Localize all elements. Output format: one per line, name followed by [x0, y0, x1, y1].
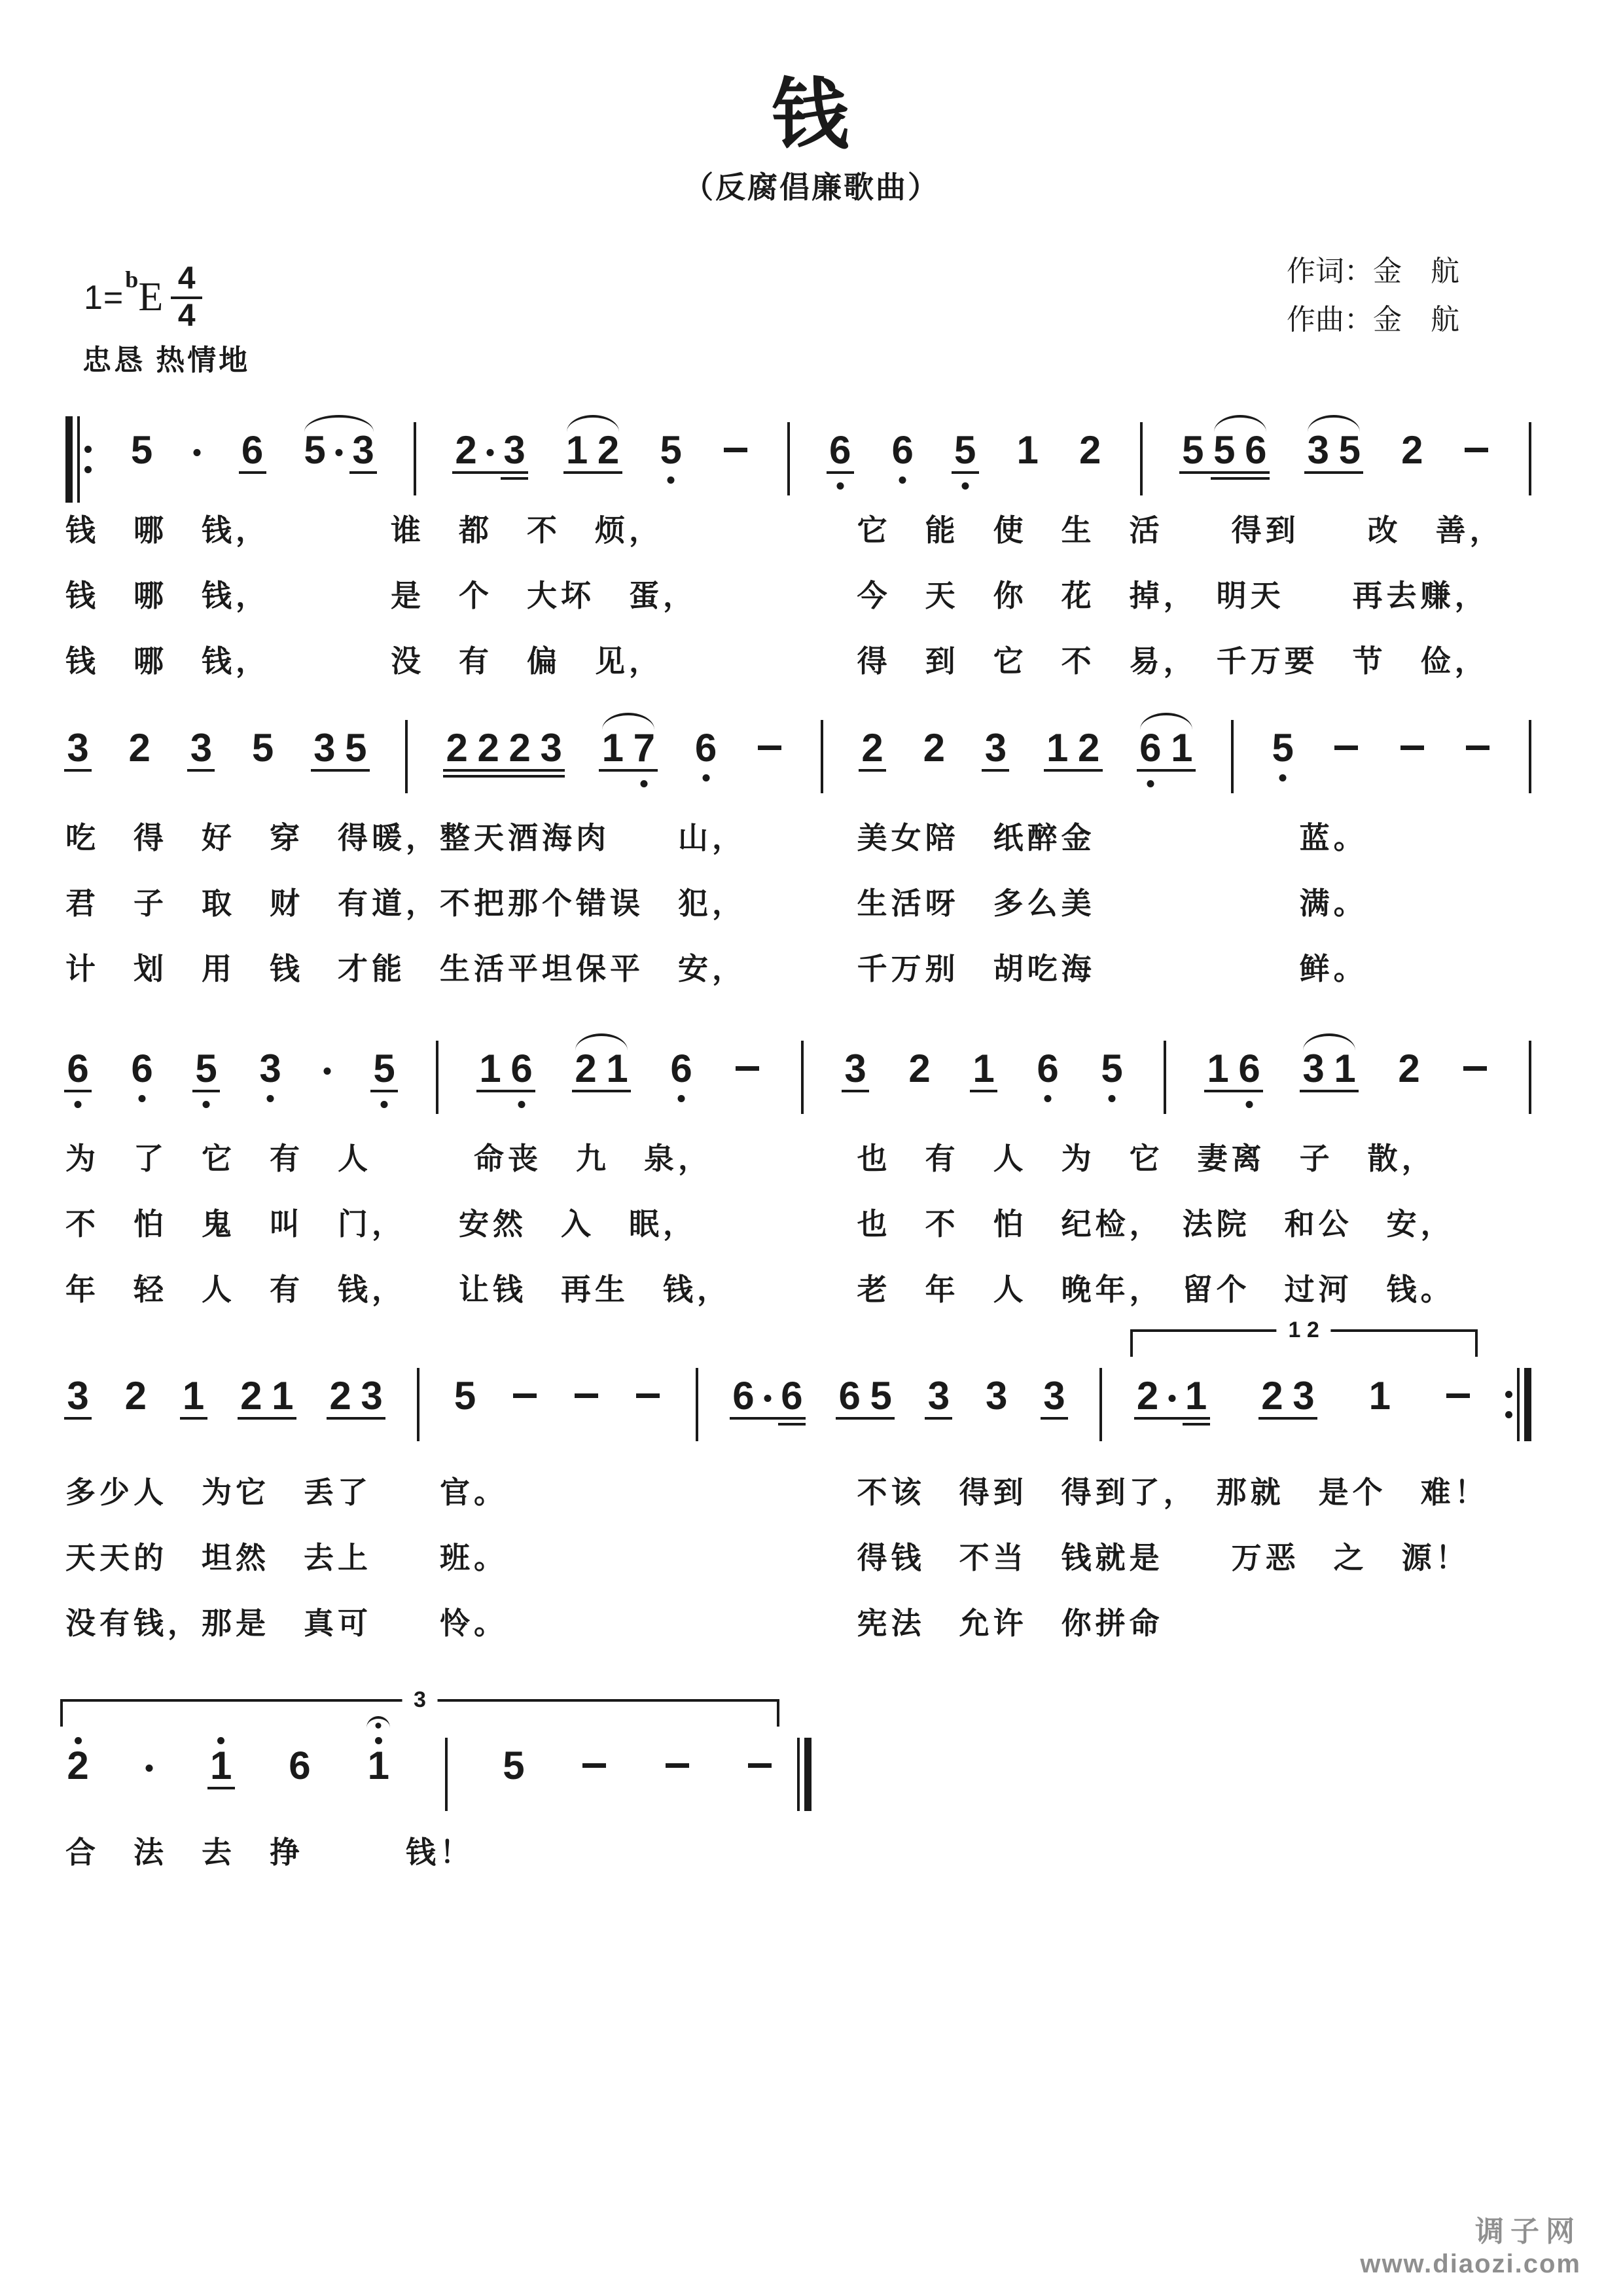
barline: [417, 1368, 419, 1441]
beam-underline: [1044, 769, 1103, 772]
jianpu-line-4: 321212356665333212311 2: [65, 1365, 1531, 1451]
beam-underline: [1258, 1417, 1317, 1420]
note-digit: 1: [1334, 1049, 1355, 1088]
barline: [414, 422, 416, 495]
note-group: 23: [454, 419, 527, 499]
beam-underline: [1211, 477, 1270, 480]
eighth-underline: [952, 471, 979, 474]
lyrics-right: 美女陪 纸醉金 蓝。: [857, 818, 1531, 857]
low-octave-dot: [518, 1101, 526, 1108]
note-digit: 2: [455, 431, 476, 470]
note: 2: [65, 1734, 90, 1814]
lyrics-left: 吃 得 好 穿 得暖，整天酒海肉 山，: [65, 818, 857, 857]
note-group: 21: [239, 1365, 295, 1444]
note: 2: [127, 717, 152, 797]
eighth-underline: [370, 1090, 398, 1092]
note: 1: [366, 1734, 391, 1814]
note: 2: [1400, 419, 1425, 499]
lyrics-left: 君 子 取 财 有道，不把那个错误 犯，: [65, 884, 857, 923]
note-digit: 1: [183, 1376, 204, 1416]
note: 2: [328, 1365, 353, 1444]
note-digit: 1: [210, 1746, 232, 1785]
note-group: 16: [1205, 1037, 1262, 1117]
note-digit: 1: [566, 431, 588, 470]
dot-separator: [1167, 1365, 1177, 1444]
low-octave-dot: [961, 482, 969, 490]
note: 1: [270, 1365, 295, 1444]
lyrics-row-4-3: 没有钱，那是 真可 怜。宪法 允许 你拼命: [65, 1604, 1531, 1643]
note-group: 21: [1135, 1365, 1209, 1444]
beam-underline: [730, 1417, 806, 1420]
dot-separator: [322, 1037, 332, 1117]
note: 2: [1397, 1037, 1421, 1117]
beam-underline: [476, 1090, 535, 1092]
lyrics-row-4-2: 天天的 坦然 去上 班。得钱 不当 钱就是 万恶 之 源！: [65, 1538, 1531, 1577]
note-group: 31: [1301, 1037, 1357, 1117]
beam-underline: [1134, 1417, 1210, 1420]
note: 1: [209, 1734, 234, 1814]
note-digit: 6: [510, 1049, 532, 1088]
volta-label: 3: [402, 1687, 438, 1713]
note-digit: 1: [1207, 1049, 1228, 1088]
eighth-underline: [64, 1417, 92, 1420]
note: 6: [287, 1734, 312, 1814]
note-digit: 2: [908, 1049, 930, 1088]
note: 5: [868, 1365, 893, 1444]
time-numerator: 4: [178, 263, 196, 295]
dash-note: [755, 717, 784, 797]
note: 6: [890, 419, 915, 499]
eighth-underline: [859, 769, 886, 772]
note: 5: [1270, 717, 1295, 797]
dash-note: [1332, 717, 1361, 797]
note: 5: [130, 419, 154, 499]
eighth-underline: [349, 471, 377, 474]
beam-underline: [311, 769, 370, 772]
note: 2: [907, 1037, 932, 1117]
eighth-underline: [1183, 1423, 1210, 1426]
dash-note: [580, 1734, 609, 1814]
note-digit: 2: [67, 1746, 88, 1785]
note: 2: [1077, 717, 1101, 797]
eighth-underline: [925, 1417, 952, 1420]
slur-arc: [1214, 415, 1266, 432]
note: 3: [984, 1365, 1009, 1444]
note-group: 23: [1260, 1365, 1316, 1444]
note-group: 23: [328, 1365, 384, 1444]
eighth-underline: [192, 1090, 220, 1092]
note-digit: 6: [892, 431, 914, 470]
key-prefix: 1=: [84, 278, 124, 317]
low-octave-dot: [1147, 780, 1154, 787]
low-octave-dot: [836, 482, 844, 490]
lyrics-right: 生活呀 多么美 满。: [857, 884, 1531, 923]
lyrics-row-4-1: 多少人 为它 丢了 官。不该 得到 得到了， 那就 是个 难！: [65, 1473, 1531, 1512]
lyrics-right: 老 年 人 晚年， 留个 过河 钱。: [857, 1270, 1531, 1309]
note-digit: 5: [195, 1049, 217, 1088]
song-subtitle: （反腐倡廉歌曲）: [0, 164, 1623, 207]
note-digit: 5: [1182, 431, 1204, 470]
note: 1: [1205, 1037, 1230, 1117]
beam-underline: [1179, 471, 1270, 474]
note: 3: [312, 717, 337, 797]
note: 3: [983, 717, 1008, 797]
eighth-underline: [501, 477, 528, 480]
note: 3: [258, 1037, 283, 1117]
note-digit: 6: [67, 1049, 88, 1088]
note: 6: [669, 1037, 694, 1117]
note: 6: [130, 1037, 154, 1117]
note: 5: [1099, 1037, 1124, 1117]
note-digit: 6: [1238, 1049, 1260, 1088]
final-barline: [797, 1738, 811, 1811]
note-digit: 3: [540, 728, 562, 768]
note: 3: [188, 717, 213, 797]
eighth-underline: [239, 471, 266, 474]
note: 3: [1291, 1365, 1316, 1444]
dot-separator: [762, 1365, 773, 1444]
dot-separator: [192, 419, 202, 499]
eighth-underline: [64, 769, 92, 772]
note: 6: [694, 717, 719, 797]
note-digit: 6: [781, 1376, 802, 1416]
barline: [1529, 422, 1531, 495]
key-signature: 1= b E 4 4: [84, 263, 202, 332]
note-group: 61: [1138, 717, 1194, 797]
note-digit: 3: [259, 1049, 281, 1088]
slur-arc: [304, 415, 374, 432]
volta-label: 1 2: [1276, 1318, 1330, 1343]
note-group: 212311 2: [1135, 1365, 1472, 1444]
lyrics-left: 年 轻 人 有 钱， 让钱 再生 钱，: [65, 1270, 857, 1309]
beam-underline: [599, 769, 658, 772]
lyrics-left: 钱 哪 钱， 谁 都 不 烦，: [65, 511, 857, 550]
repeat-dot: [84, 466, 92, 473]
barline: [1164, 1041, 1166, 1114]
note: 1: [1184, 1365, 1209, 1444]
note: 5: [1181, 419, 1205, 499]
note: 3: [843, 1037, 868, 1117]
note: 3: [1042, 1365, 1067, 1444]
note-digit: 2: [125, 1376, 147, 1416]
lyrics-right: 也 不 怕 纪检， 法院 和公 安，: [857, 1204, 1531, 1244]
barline: [1099, 1368, 1102, 1441]
note-group: 2223: [444, 717, 563, 797]
high-octave-dot: [217, 1737, 224, 1744]
beam-underline: [1300, 1090, 1359, 1092]
volta-bracket: 3: [60, 1699, 779, 1727]
low-octave-dot: [1109, 1095, 1116, 1102]
lyrics-right: [857, 1833, 1531, 1872]
note-digit: 7: [633, 728, 655, 768]
note-digit: 5: [1272, 728, 1294, 768]
note-digit: 1: [972, 1049, 994, 1088]
note: 2: [123, 1365, 148, 1444]
note: 5: [658, 419, 683, 499]
note-digit: 2: [1078, 728, 1099, 768]
beam-underline: [572, 1090, 631, 1092]
note-digit: 3: [361, 1376, 382, 1416]
lyrics-right: 宪法 允许 你拼命: [857, 1604, 1531, 1643]
eighth-underline: [187, 769, 215, 772]
note: 3: [539, 717, 563, 797]
eighth-underline: [778, 1423, 806, 1426]
note-group: 65: [837, 1365, 893, 1444]
eighth-underline: [207, 1787, 235, 1789]
note: 3: [926, 1365, 951, 1444]
note: 5: [344, 717, 368, 797]
note-digit: 2: [923, 728, 945, 768]
eighth-underline: [1041, 1417, 1068, 1420]
lyrics-left: 计 划 用 钱 才能 生活平坦保平 安，: [65, 949, 857, 988]
note: 5: [953, 419, 978, 499]
note: 2: [507, 717, 532, 797]
lyrics-row-3-2: 不 怕 鬼 叫 门， 安然 入 眠，也 不 怕 纪检， 法院 和公 安，: [65, 1204, 1531, 1244]
low-octave-dot: [641, 780, 648, 787]
dot-separator: [144, 1734, 154, 1814]
note: 3: [65, 717, 90, 797]
note: 6: [1035, 1037, 1060, 1117]
note: 2: [476, 717, 501, 797]
note-digit: 1: [1046, 728, 1068, 768]
low-octave-dot: [381, 1101, 388, 1108]
note-digit: 2: [861, 728, 883, 768]
note-digit: 3: [190, 728, 212, 768]
dash-note: [745, 1734, 774, 1814]
lyrics-right: 得 到 它 不 易， 千万要 节 俭，: [857, 641, 1531, 681]
note-digit: 3: [313, 728, 335, 768]
note: 2: [444, 717, 469, 797]
note-digit: 6: [241, 431, 263, 470]
note-digit: 6: [839, 1376, 861, 1416]
slur-arc: [1308, 415, 1360, 432]
low-octave-dot: [1279, 774, 1287, 781]
note: 2: [1078, 419, 1103, 499]
eighth-underline: [970, 1090, 997, 1092]
note-digit: 5: [345, 728, 366, 768]
low-octave-dot: [702, 774, 709, 781]
note-digit: 1: [1017, 431, 1039, 470]
note: 6: [828, 419, 853, 499]
eighth-underline: [982, 769, 1009, 772]
barline: [1529, 1041, 1531, 1114]
note-digit: 6: [1245, 431, 1266, 470]
note-digit: 2: [1398, 1049, 1419, 1088]
note-digit: 1: [606, 1049, 628, 1088]
repeat-dot: [84, 446, 92, 453]
beam-underline: [452, 471, 528, 474]
time-signature: 4 4: [171, 263, 202, 332]
note-digit: 6: [131, 1049, 152, 1088]
barline: [1231, 720, 1234, 793]
note-digit: 5: [252, 728, 274, 768]
note-group: 216153: [65, 1734, 774, 1814]
lyrics-right: 得钱 不当 钱就是 万恶 之 源！: [857, 1538, 1531, 1577]
note: 2: [239, 1365, 264, 1444]
watermark-site-url: www.diaozi.com: [1360, 2250, 1581, 2279]
lyrics-right: 千万别 胡吃海 鲜。: [857, 949, 1531, 988]
end-repeat-barline: [1505, 1368, 1531, 1441]
note-group: 556: [1181, 419, 1268, 499]
note-digit: 1: [1171, 728, 1192, 768]
lyrics-row-3-1: 为 了 它 有 人 命丧 九 泉，也 有 人 为 它 妻离 子 散，: [65, 1139, 1531, 1178]
note-digit: 3: [67, 728, 88, 768]
note-digit: 3: [503, 431, 525, 470]
note: 1: [1045, 717, 1070, 797]
note-digit: 3: [844, 1049, 866, 1088]
note-group: 12: [565, 419, 621, 499]
note-digit: 6: [695, 728, 717, 768]
slur-arc: [567, 415, 619, 432]
slur-arc: [1303, 1033, 1355, 1050]
dash-note: [1444, 1365, 1472, 1444]
note: 2: [1260, 1365, 1285, 1444]
tempo-marking: 忠恳 热情地: [82, 336, 250, 378]
note-digit: 1: [368, 1746, 389, 1785]
barline: [696, 1368, 698, 1441]
note: 6: [240, 419, 265, 499]
low-octave-dot: [75, 1101, 82, 1108]
note-digit: 2: [240, 1376, 262, 1416]
beam-underline: [327, 1417, 385, 1420]
note-digit: 3: [352, 431, 374, 470]
note-digit: 2: [597, 431, 619, 470]
lyrics-row-1-3: 钱 哪 钱， 没 有 偏 见，得 到 它 不 易， 千万要 节 俭，: [65, 641, 1531, 681]
eighth-underline: [827, 471, 854, 474]
note-digit: 3: [985, 728, 1007, 768]
eighth-underline: [180, 1417, 207, 1420]
note-digit: 2: [1079, 431, 1101, 470]
jianpu-line-5: 216153: [65, 1734, 811, 1821]
repeat-dot: [1505, 1391, 1512, 1398]
lyrics-row-3-3: 年 轻 人 有 钱， 让钱 再生 钱，老 年 人 晚年， 留个 过河 钱。: [65, 1270, 1531, 1309]
note: 3: [359, 1365, 384, 1444]
note-digit: 3: [67, 1376, 88, 1416]
low-octave-dot: [1044, 1095, 1052, 1102]
note-digit: 2: [575, 1049, 596, 1088]
lyrics-row-1-1: 钱 哪 钱， 谁 都 不 烦，它 能 使 生 活 得到 改 善，: [65, 511, 1531, 550]
note-digit: 5: [454, 1376, 476, 1416]
dash-note: [1461, 1037, 1489, 1117]
note-digit: 3: [1293, 1376, 1314, 1416]
note-digit: 2: [1261, 1376, 1283, 1416]
note-group: 35: [1306, 419, 1362, 499]
note-digit: 3: [1043, 1376, 1065, 1416]
beam-underline: [443, 769, 565, 772]
jianpu-line-1: 56532312566512556352: [65, 419, 1531, 505]
note-digit: 1: [1369, 1376, 1391, 1416]
note: 2: [454, 419, 478, 499]
eighth-underline: [842, 1090, 869, 1092]
note: 1: [181, 1365, 206, 1444]
note-digit: 6: [1037, 1049, 1058, 1088]
note-digit: 2: [477, 728, 499, 768]
low-octave-dot: [668, 476, 675, 484]
dot-separator: [485, 419, 495, 499]
dash-note: [1398, 717, 1427, 797]
note-digit: 5: [1339, 431, 1361, 470]
note-digit: 3: [1308, 431, 1329, 470]
note-digit: 6: [829, 431, 851, 470]
note-digit: 5: [373, 1049, 395, 1088]
note: 5: [501, 1734, 526, 1814]
note-digit: 5: [304, 431, 325, 470]
lyrics-row-2-3: 计 划 用 钱 才能 生活平坦保平 安，千万别 胡吃海 鲜。: [65, 949, 1531, 988]
note-digit: 3: [928, 1376, 950, 1416]
barline: [1529, 720, 1531, 793]
slur-arc: [602, 713, 654, 730]
low-octave-dot: [203, 1101, 210, 1108]
low-octave-dot: [139, 1095, 146, 1102]
note: 6: [1237, 1037, 1262, 1117]
note-group: 16: [478, 1037, 534, 1117]
note-group: 35: [312, 717, 368, 797]
lyrics-row-1-2: 钱 哪 钱， 是 个 大坏 蛋，今 天 你 花 掉， 明天 再去赚，: [65, 576, 1531, 615]
barline: [787, 422, 790, 495]
barline: [405, 720, 408, 793]
note: 2: [921, 717, 946, 797]
note-digit: 2: [1401, 431, 1423, 470]
song-title: 钱: [0, 52, 1623, 164]
beam-underline: [563, 471, 622, 474]
note: 2: [1135, 1365, 1160, 1444]
key-note: E: [138, 274, 163, 321]
dash-note: [510, 1365, 539, 1444]
barline: [801, 1041, 804, 1114]
lyrics-right: 它 能 使 生 活 得到 改 善，: [857, 511, 1531, 550]
note-digit: 5: [1213, 431, 1235, 470]
low-octave-dot: [899, 476, 906, 484]
note-digit: 5: [131, 431, 152, 470]
eighth-underline: [64, 1090, 92, 1092]
note-digit: 5: [1101, 1049, 1122, 1088]
note: 3: [65, 1365, 90, 1444]
dash-note: [572, 1365, 601, 1444]
lyrics-right: 今 天 你 花 掉， 明天 再去赚，: [857, 576, 1531, 615]
lyrics-row-2-2: 君 子 取 财 有道，不把那个错误 犯，生活呀 多么美 满。: [65, 884, 1531, 923]
dash-note: [633, 1365, 662, 1444]
note-digit: 5: [503, 1746, 524, 1785]
dash-note: [1463, 717, 1492, 797]
barline: [821, 720, 823, 793]
note: 1: [1015, 419, 1040, 499]
note: 6: [509, 1037, 534, 1117]
lyrics-left: 合 法 去 挣 钱！: [65, 1833, 857, 1872]
barline: [445, 1738, 448, 1811]
lyrics-left: 钱 哪 钱， 没 有 偏 见，: [65, 641, 857, 681]
note-digit: 3: [986, 1376, 1007, 1416]
lyrics-left: 为 了 它 有 人 命丧 九 泉，: [65, 1139, 857, 1178]
dash-note: [663, 1734, 692, 1814]
note-digit: 2: [329, 1376, 351, 1416]
note-digit: 6: [732, 1376, 754, 1416]
note: 6: [837, 1365, 862, 1444]
beam-underline: [238, 1417, 296, 1420]
note-group: 56: [1212, 419, 1268, 499]
low-octave-dot: [1246, 1101, 1253, 1108]
note: 2: [860, 717, 885, 797]
note-digit: 6: [670, 1049, 692, 1088]
low-octave-dot: [678, 1095, 685, 1102]
note-digit: 1: [272, 1376, 293, 1416]
barline: [1140, 422, 1143, 495]
note-group: 12: [1045, 717, 1101, 797]
note: 5: [251, 717, 276, 797]
begin-repeat-barline: [65, 416, 92, 503]
beam-underline: [836, 1417, 895, 1420]
note: 1: [971, 1037, 996, 1117]
note-digit: 1: [1185, 1376, 1207, 1416]
